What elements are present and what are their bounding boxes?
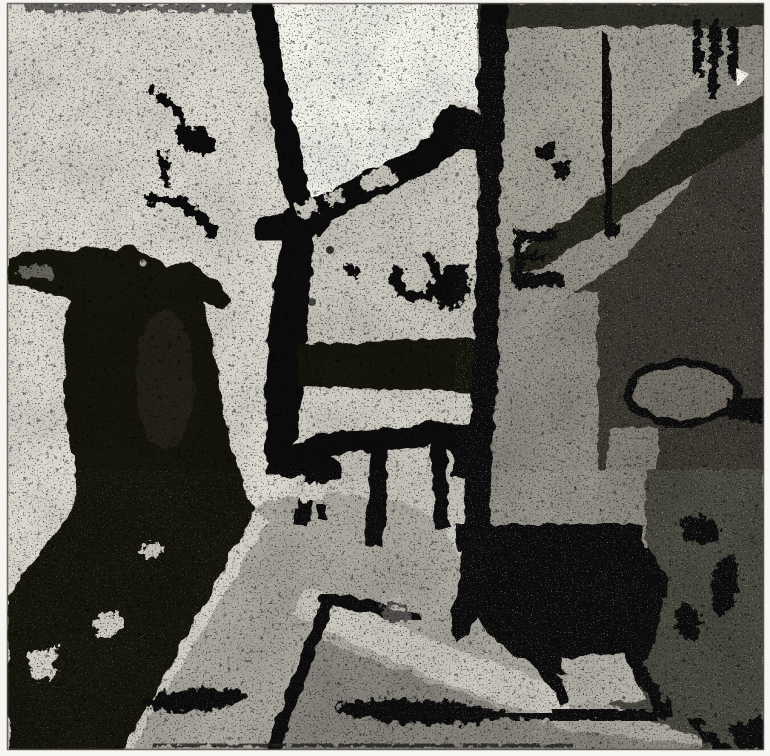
texture-overlays (7, 3, 764, 750)
etching-artwork (0, 0, 770, 756)
paper-margin-top (0, 0, 770, 3)
paper-margin-bottom (0, 750, 770, 756)
etching-print (0, 0, 770, 756)
mottle-overlay (7, 3, 764, 750)
paper-margin-left (0, 0, 7, 756)
paper-margin-right (764, 0, 770, 756)
